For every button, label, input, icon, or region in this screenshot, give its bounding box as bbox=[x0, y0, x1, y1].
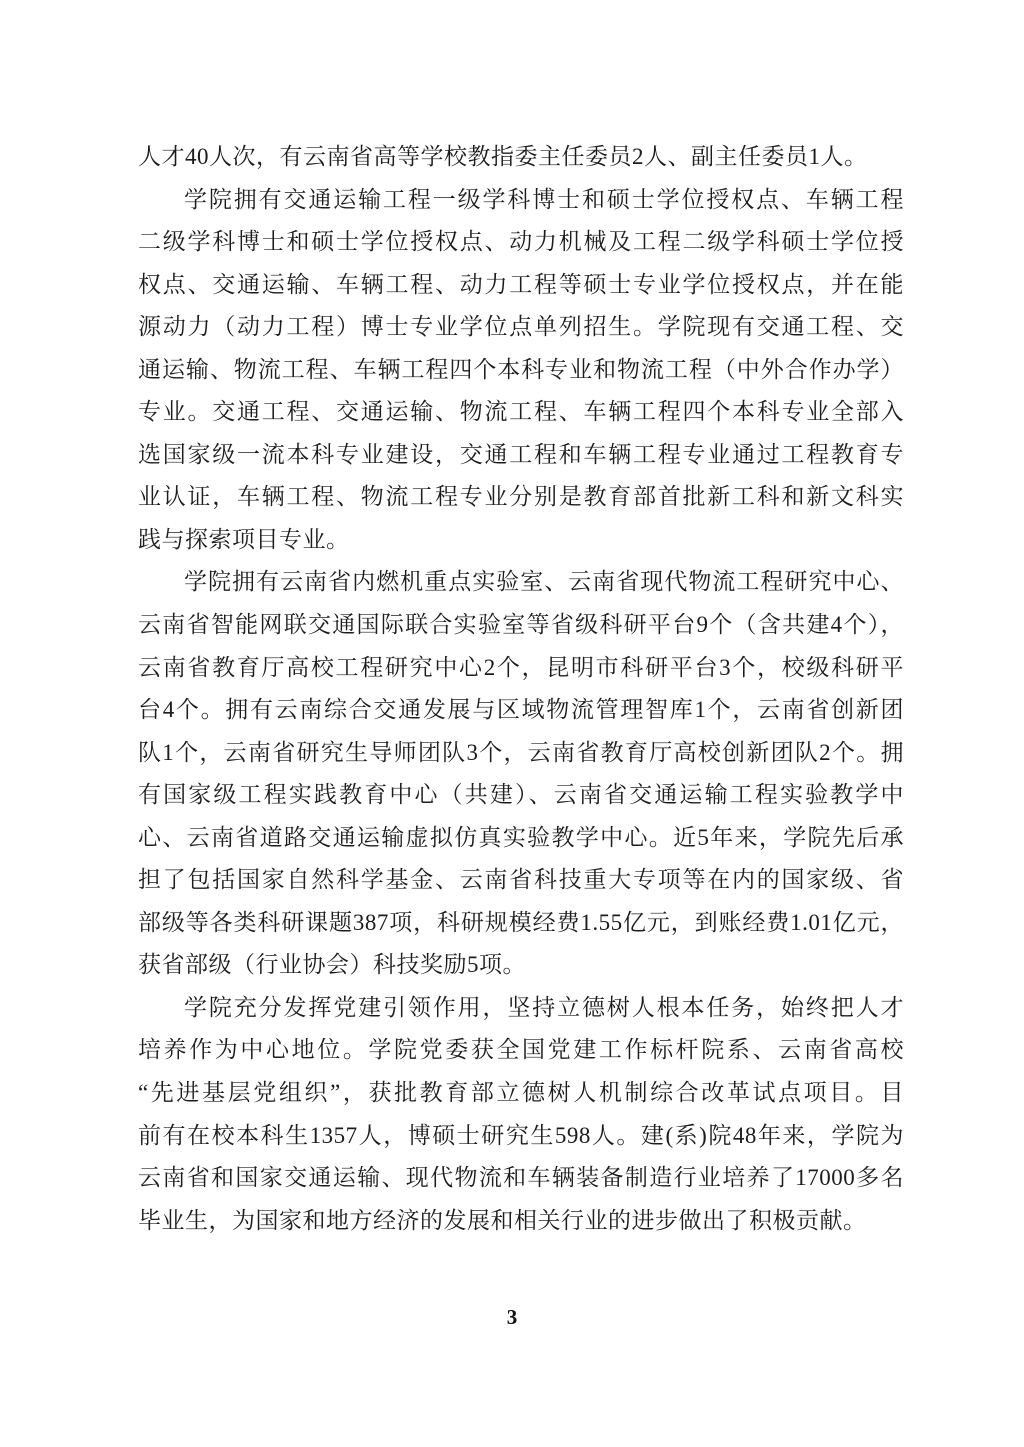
text-line: 源动力（动力工程）博士专业学位点单列招生。学院现有交通工程、交 bbox=[138, 306, 904, 349]
text-line: 专业。交通工程、交通运输、物流工程、车辆工程四个本科专业全部入 bbox=[138, 391, 904, 434]
text-line: 学院拥有云南省内燃机重点实验室、云南省现代物流工程研究中心、 bbox=[138, 561, 904, 604]
text-line: 有国家级工程实践教育中心（共建）、云南省交通运输工程实验教学中 bbox=[138, 774, 904, 817]
text-line: 选国家级一流本科专业建设，交通工程和车辆工程专业通过工程教育专 bbox=[138, 434, 904, 477]
text-line: 获省部级（行业协会）科技奖励5项。 bbox=[138, 944, 904, 987]
text-line: 毕业生，为国家和地方经济的发展和相关行业的进步做出了积极贡献。 bbox=[138, 1200, 904, 1243]
text-line: 二级学科博士和硕士学位授权点、动力机械及工程二级学科硕士学位授 bbox=[138, 221, 904, 264]
text-line: 权点、交通运输、车辆工程、动力工程等硕士专业学位授权点，并在能 bbox=[138, 264, 904, 307]
text-line: 学院拥有交通运输工程一级学科博士和硕士学位授权点、车辆工程 bbox=[138, 179, 904, 222]
page-number: 3 bbox=[507, 1305, 518, 1329]
text-line: 学院充分发挥党建引领作用，坚持立德树人根本任务，始终把人才 bbox=[138, 987, 904, 1030]
text-line: 云南省教育厅高校工程研究中心2个，昆明市科研平台3个，校级科研平 bbox=[138, 647, 904, 690]
text-line: 前有在校本科生1357人，博硕士研究生598人。建(系)院48年来，学院为 bbox=[138, 1115, 904, 1158]
text-line: 云南省智能网联交通国际联合实验室等省级科研平台9个（含共建4个）， bbox=[138, 604, 904, 647]
text-line: 培养作为中心地位。学院党委获全国党建工作标杆院系、云南省高校 bbox=[138, 1029, 904, 1072]
text-line: 部级等各类科研课题387项，科研规模经费1.55亿元，到账经费1.01亿元， bbox=[138, 902, 904, 945]
text-line: 队1个，云南省研究生导师团队3个，云南省教育厅高校创新团队2个。拥 bbox=[138, 732, 904, 775]
text-line: “先进基层党组织”，获批教育部立德树人机制综合改革试点项目。目 bbox=[138, 1072, 904, 1115]
text-line: 业认证，车辆工程、物流工程专业分别是教育部首批新工科和新文科实 bbox=[138, 476, 904, 519]
text-body: 人才40人次，有云南省高等学校教指委主任委员2人、副主任委员1人。学院拥有交通运… bbox=[138, 136, 904, 1242]
text-line: 通运输、物流工程、车辆工程四个本科专业和物流工程（中外合作办学） bbox=[138, 349, 904, 392]
text-line: 人才40人次，有云南省高等学校教指委主任委员2人、副主任委员1人。 bbox=[138, 136, 904, 179]
text-line: 台4个。拥有云南综合交通发展与区域物流管理智库1个，云南省创新团 bbox=[138, 689, 904, 732]
text-line: 担了包括国家自然科学基金、云南省科技重大专项等在内的国家级、省 bbox=[138, 859, 904, 902]
document-page: 人才40人次，有云南省高等学校教指委主任委员2人、副主任委员1人。学院拥有交通运… bbox=[0, 0, 1024, 1447]
text-line: 云南省和国家交通运输、现代物流和车辆装备制造行业培养了17000多名 bbox=[138, 1157, 904, 1200]
page-footer: 3 bbox=[0, 1305, 1024, 1330]
text-line: 践与探索项目专业。 bbox=[138, 519, 904, 562]
text-line: 心、云南省道路交通运输虚拟仿真实验教学中心。近5年来，学院先后承 bbox=[138, 817, 904, 860]
